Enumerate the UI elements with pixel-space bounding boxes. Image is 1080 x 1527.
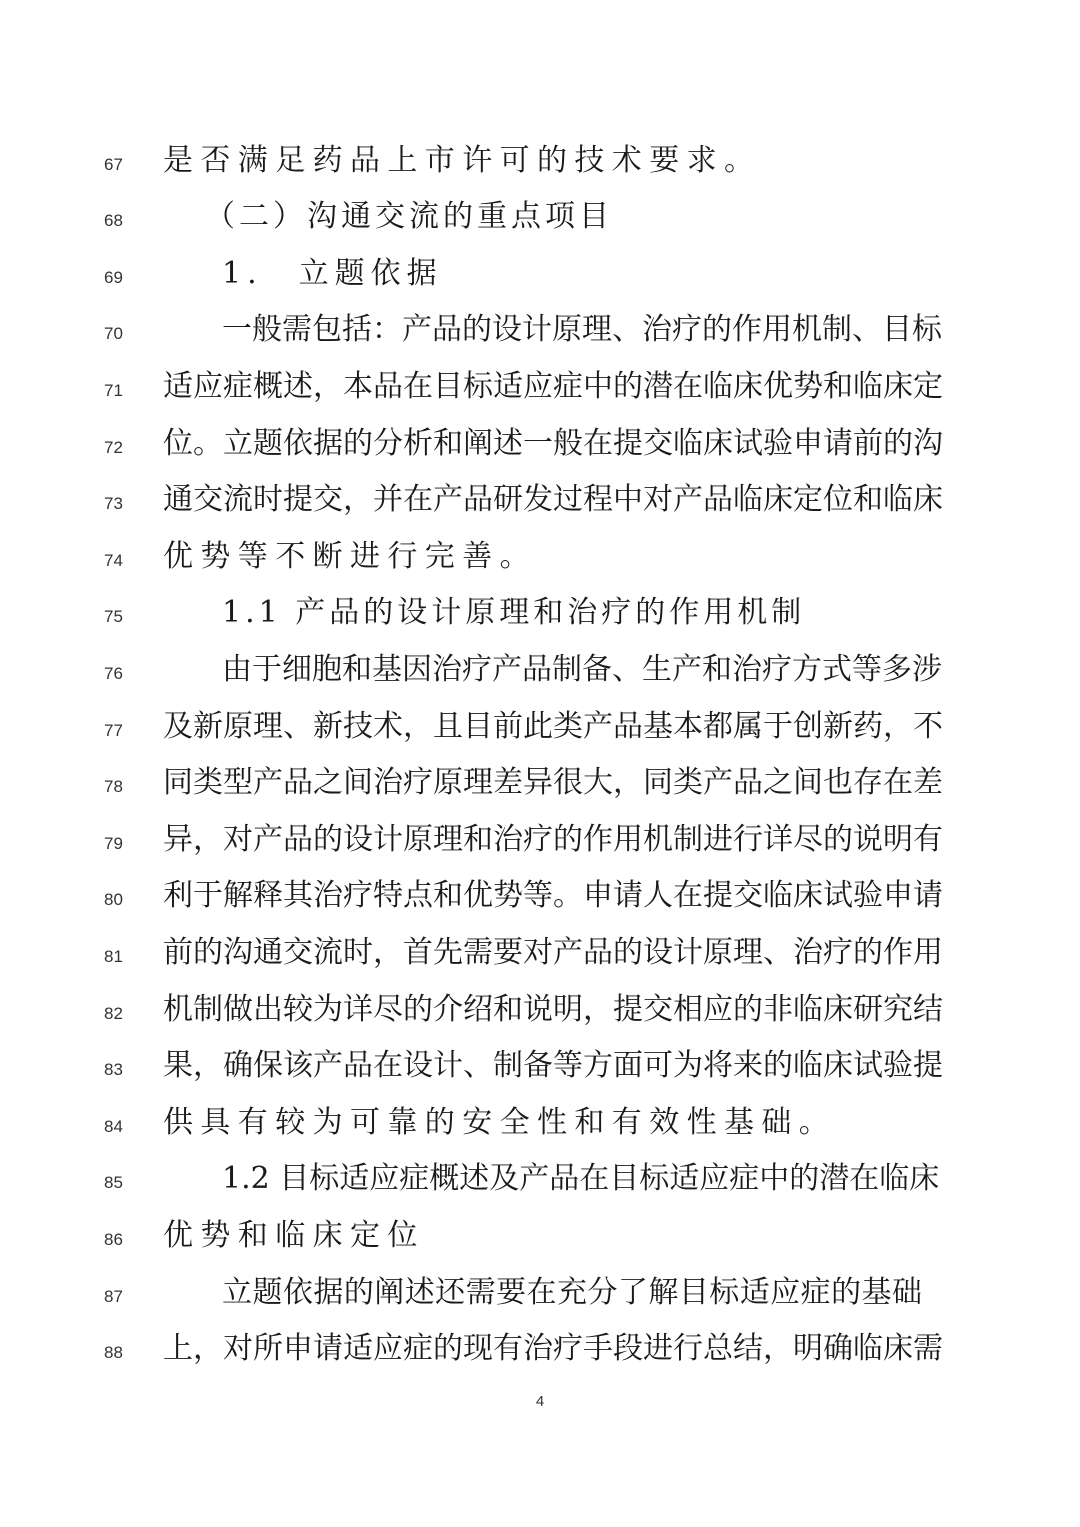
line-text: 机制做出较为详尽的介绍和说明，提交相应的非临床研究结	[163, 990, 923, 1030]
text-line: 76 由于细胞和基因治疗产品制备、生产和治疗方式等多涉	[0, 650, 1080, 706]
line-number: 80	[104, 890, 136, 910]
line-text: 是否满足药品上市许可的技术要求。	[163, 141, 761, 181]
line-number: 85	[104, 1173, 136, 1193]
line-text: 同类型产品之间治疗原理差异很大，同类产品之间也存在差	[163, 763, 923, 803]
subsection-heading: 1.1 产品的设计原理和治疗的作用机制	[222, 593, 805, 633]
subsection-heading-line: 75 1.1 产品的设计原理和治疗的作用机制	[0, 593, 1080, 649]
line-text: 优势等不断进行完善。	[163, 537, 537, 577]
line-number: 74	[104, 551, 136, 571]
text-line: 82 机制做出较为详尽的介绍和说明，提交相应的非临床研究结	[0, 990, 1080, 1046]
line-number: 75	[104, 607, 136, 627]
line-number: 81	[104, 947, 136, 967]
subsection-heading: 1.2 目标适应症概述及产品在目标适应症中的潜在临床	[222, 1159, 922, 1199]
line-number: 70	[104, 324, 136, 344]
line-text: 由于细胞和基因治疗产品制备、生产和治疗方式等多涉	[222, 650, 922, 690]
line-number: 88	[104, 1343, 136, 1363]
text-line: 88 上，对所申请适应症的现有治疗手段进行总结，明确临床需	[0, 1329, 1080, 1385]
subsection-heading: 优势和临床定位	[163, 1216, 425, 1256]
line-text: 利于解释其治疗特点和优势等。申请人在提交临床试验申请	[163, 876, 923, 916]
line-text: 立题依据的阐述还需要在充分了解目标适应症的基础	[222, 1273, 922, 1313]
text-line: 71 适应症概述，本品在目标适应症中的潜在临床优势和临床定	[0, 367, 1080, 423]
line-number: 71	[104, 381, 136, 401]
line-number: 84	[104, 1117, 136, 1137]
text-line: 77 及新原理、新技术，且目前此类产品基本都属于创新药，不	[0, 707, 1080, 763]
subsection-heading: 1. 立题依据	[222, 254, 443, 294]
line-number: 72	[104, 438, 136, 458]
line-text: 位。立题依据的分析和阐述一般在提交临床试验申请前的沟	[163, 424, 923, 464]
text-line: 72 位。立题依据的分析和阐述一般在提交临床试验申请前的沟	[0, 424, 1080, 480]
line-text: 果，确保该产品在设计、制备等方面可为将来的临床试验提	[163, 1046, 923, 1086]
subsection-heading-line: 69 1. 立题依据	[0, 254, 1080, 310]
text-line: 84 供具有较为可靠的安全性和有效性基础。	[0, 1103, 1080, 1159]
line-text: 及新原理、新技术，且目前此类产品基本都属于创新药，不	[163, 707, 923, 747]
text-line: 83 果，确保该产品在设计、制备等方面可为将来的临床试验提	[0, 1046, 1080, 1102]
line-text: 异，对产品的设计原理和治疗的作用机制进行详尽的说明有	[163, 820, 923, 860]
line-text: 通交流时提交，并在产品研发过程中对产品临床定位和临床	[163, 480, 923, 520]
line-number: 83	[104, 1060, 136, 1080]
line-number: 77	[104, 721, 136, 741]
text-line: 87 立题依据的阐述还需要在充分了解目标适应症的基础	[0, 1273, 1080, 1329]
section-heading: （二）沟通交流的重点项目	[205, 197, 613, 237]
line-number: 69	[104, 268, 136, 288]
document-page: 67 是否满足药品上市许可的技术要求。 68 （二）沟通交流的重点项目 69 1…	[0, 0, 1080, 1527]
text-line: 67 是否满足药品上市许可的技术要求。	[0, 141, 1080, 197]
text-line: 73 通交流时提交，并在产品研发过程中对产品临床定位和临床	[0, 480, 1080, 536]
line-number: 67	[104, 155, 136, 175]
line-text: 一般需包括：产品的设计原理、治疗的作用机制、目标	[222, 310, 922, 350]
line-number: 82	[104, 1004, 136, 1024]
subsection-heading-line: 85 1.2 目标适应症概述及产品在目标适应症中的潜在临床	[0, 1159, 1080, 1215]
page-number: 4	[0, 1393, 1080, 1410]
line-number: 68	[104, 211, 136, 231]
text-line: 79 异，对产品的设计原理和治疗的作用机制进行详尽的说明有	[0, 820, 1080, 876]
line-text: 前的沟通交流时，首先需要对产品的设计原理、治疗的作用	[163, 933, 923, 973]
section-heading-line: 68 （二）沟通交流的重点项目	[0, 197, 1080, 253]
line-number: 78	[104, 777, 136, 797]
text-line: 78 同类型产品之间治疗原理差异很大，同类产品之间也存在差	[0, 763, 1080, 819]
line-text: 上，对所申请适应症的现有治疗手段进行总结，明确临床需	[163, 1329, 923, 1369]
line-text: 适应症概述，本品在目标适应症中的潜在临床优势和临床定	[163, 367, 923, 407]
line-text: 供具有较为可靠的安全性和有效性基础。	[163, 1103, 836, 1143]
subsection-heading-line: 86 优势和临床定位	[0, 1216, 1080, 1272]
text-line: 74 优势等不断进行完善。	[0, 537, 1080, 593]
line-number: 87	[104, 1287, 136, 1307]
line-number: 86	[104, 1230, 136, 1250]
text-line: 80 利于解释其治疗特点和优势等。申请人在提交临床试验申请	[0, 876, 1080, 932]
line-number: 79	[104, 834, 136, 854]
line-number: 73	[104, 494, 136, 514]
text-line: 81 前的沟通交流时，首先需要对产品的设计原理、治疗的作用	[0, 933, 1080, 989]
line-number: 76	[104, 664, 136, 684]
text-line: 70 一般需包括：产品的设计原理、治疗的作用机制、目标	[0, 310, 1080, 366]
